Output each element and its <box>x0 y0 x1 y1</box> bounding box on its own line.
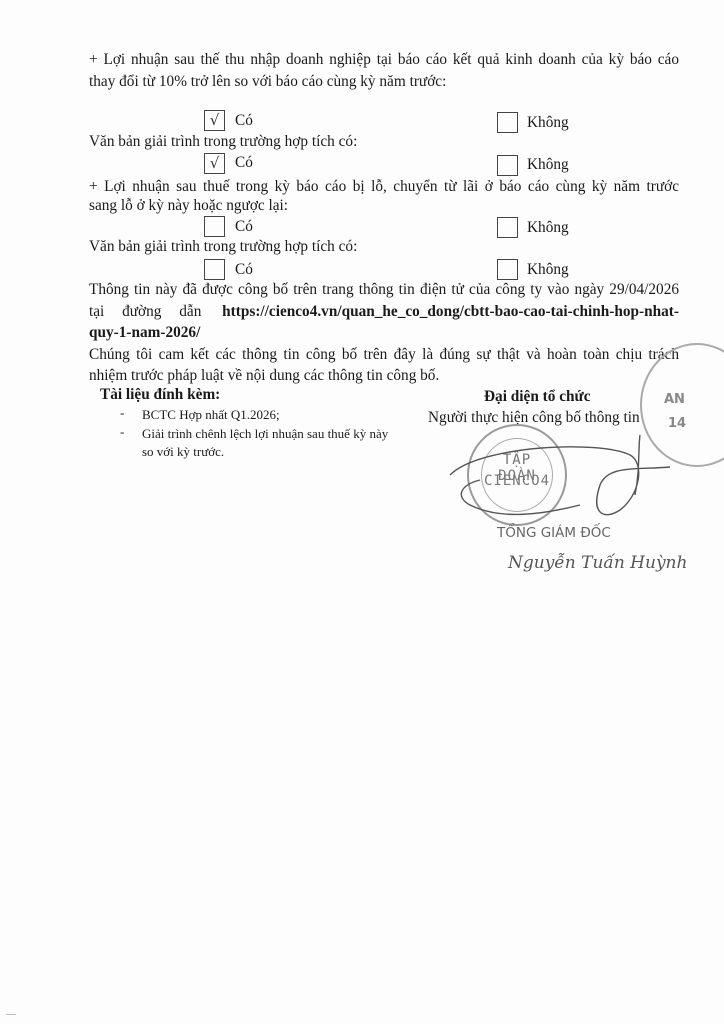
checkbox-s2-q2-yes[interactable] <box>204 259 225 280</box>
label-no: Không <box>527 260 569 280</box>
commitment-line2: nhiệm trước pháp luật về nội dung các th… <box>89 366 439 386</box>
label-yes: Có <box>235 111 253 131</box>
publication-line2: tại đường dẫn https://cienco4.vn/quan_he… <box>89 302 679 322</box>
commitment-line1: Chúng tôi cam kết các thông tin công bố … <box>89 345 679 365</box>
side-stamp-text: AN <box>664 392 685 407</box>
checkbox-s2-q2-no[interactable] <box>497 259 518 280</box>
bullet: - <box>120 424 124 440</box>
signer-title: TỔNG GIÁM ĐỐC <box>497 525 611 541</box>
attachment-item: Giải trình chênh lệch lợi nhuận sau thuế… <box>142 424 388 443</box>
label-yes: Có <box>235 260 253 280</box>
publication-url-cont[interactable]: quy-1-nam-2026/ <box>89 323 200 343</box>
checkbox-s1-q2-yes[interactable]: √ <box>204 153 225 174</box>
org-representative-label: Đại diện tổ chức <box>484 387 590 407</box>
attachments-title: Tài liệu đính kèm: <box>100 385 220 405</box>
publication-line1: Thông tin này đã được công bố trên trang… <box>89 280 679 300</box>
bullet: - <box>120 405 124 421</box>
label-no: Không <box>527 113 569 133</box>
handwritten-signature <box>440 425 700 535</box>
section1-line1: + Lợi nhuận sau thế thu nhập doanh nghiệ… <box>89 50 679 70</box>
attachment-item-cont: so với kỳ trước. <box>142 442 224 461</box>
label-no: Không <box>527 218 569 238</box>
label-no: Không <box>527 155 569 175</box>
publication-url[interactable]: https://cienco4.vn/quan_he_co_dong/cbtt-… <box>222 302 679 322</box>
section2-explain-label: Văn bản giải trình trong trường hợp tích… <box>89 237 357 257</box>
label-yes: Có <box>235 217 253 237</box>
attachment-item: BCTC Hợp nhất Q1.2026; <box>142 405 280 424</box>
checkbox-s1-q1-no[interactable] <box>497 112 518 133</box>
scan-artifact <box>6 1014 16 1015</box>
checkbox-s2-q1-no[interactable] <box>497 217 518 238</box>
section1-line2: thay đổi từ 10% trở lên so với báo cáo c… <box>89 72 446 92</box>
publication-prefix: tại đường dẫn <box>89 302 201 322</box>
label-yes: Có <box>235 153 253 173</box>
checkbox-s1-q1-yes[interactable]: √ <box>204 110 225 131</box>
checkbox-s2-q1-yes[interactable] <box>204 216 225 237</box>
section2-line1: + Lợi nhuận sau thuế trong kỳ báo cáo bị… <box>89 177 679 197</box>
signer-name: Nguyễn Tuấn Huỳnh <box>508 553 687 573</box>
checkbox-s1-q2-no[interactable] <box>497 155 518 176</box>
section1-explain-label: Văn bản giải trình trong trường hợp tích… <box>89 132 357 152</box>
section2-line2: sang lỗ ở kỳ này hoặc ngược lại: <box>89 196 288 216</box>
